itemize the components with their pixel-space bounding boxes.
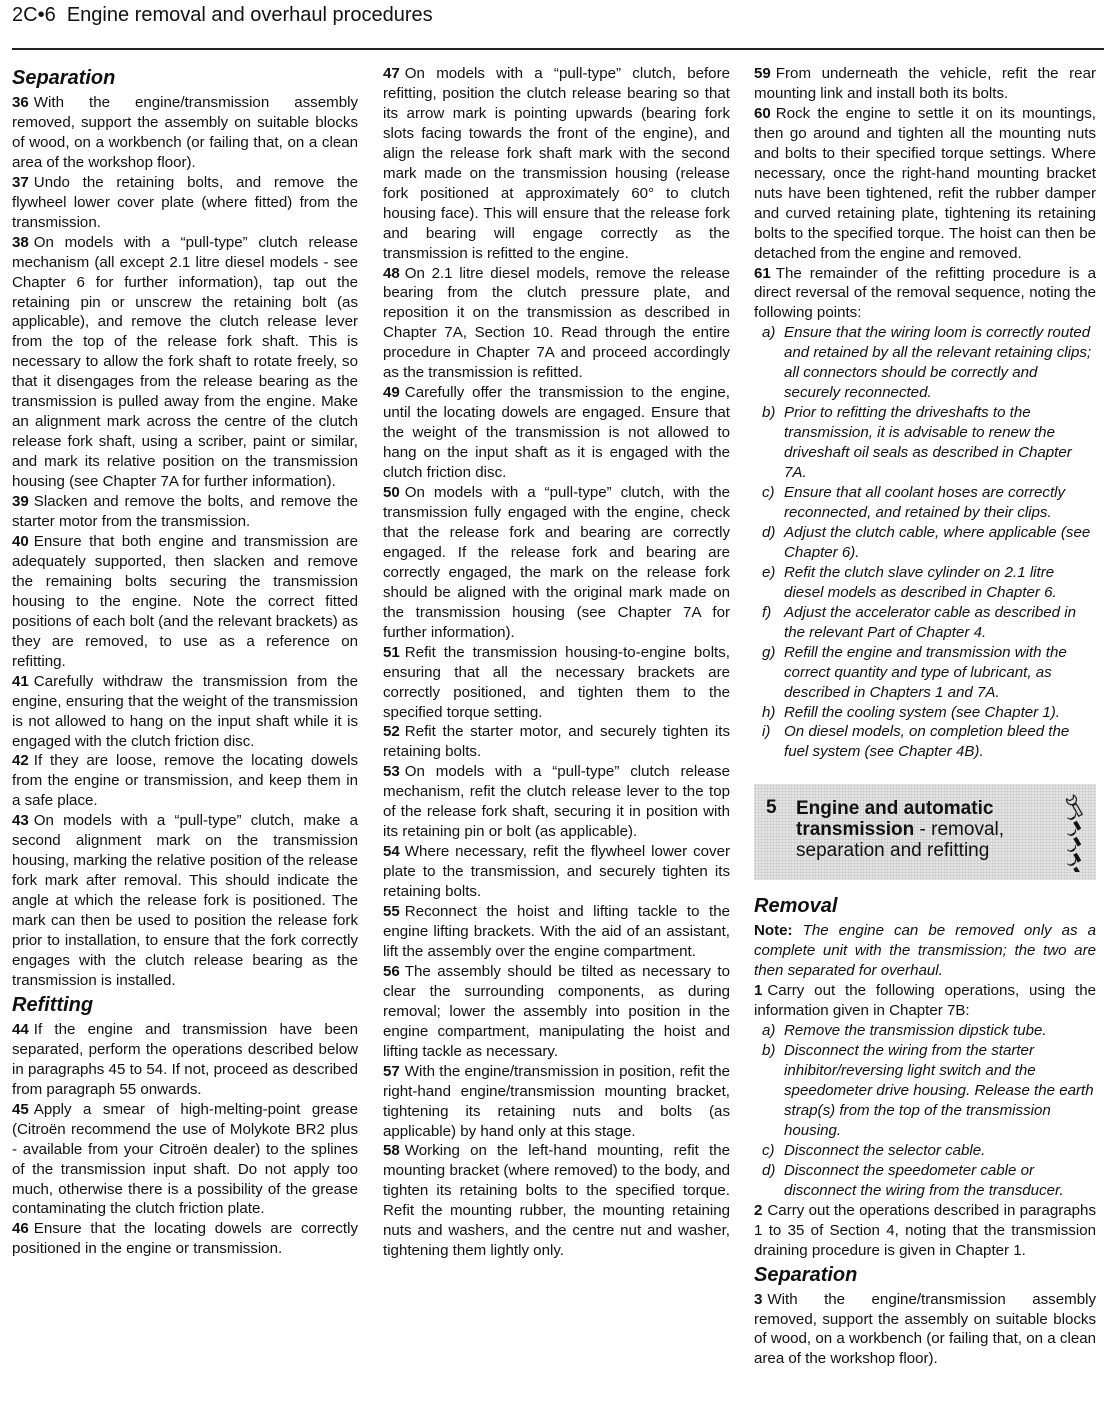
list-item: i)On diesel models, on completion bleed … (754, 722, 1096, 762)
wrench-difficulty-icon (1060, 792, 1088, 872)
paragraph-51: 51Refit the transmission housing-to-engi… (383, 643, 730, 723)
column-3: 59From underneath the vehicle, refit the… (754, 64, 1096, 1369)
section-title: Engine and automatic transmission - remo… (796, 798, 1056, 861)
note: Note: The engine can be removed only as … (754, 921, 1096, 981)
list-item: h)Refill the cooling system (see Chapter… (754, 703, 1096, 723)
paragraph-44: 44If the engine and transmission have be… (12, 1020, 358, 1100)
removal-operations-list: a)Remove the transmission dipstick tube.… (754, 1021, 1096, 1201)
paragraph-47: 47On models with a “pull-type” clutch, b… (383, 64, 730, 264)
list-item: b)Prior to refitting the driveshafts to … (754, 403, 1096, 483)
paragraph-54: 54Where necessary, refit the flywheel lo… (383, 842, 730, 902)
paragraph-49: 49Carefully offer the transmission to th… (383, 383, 730, 483)
paragraph-56: 56The assembly should be tilted as neces… (383, 962, 730, 1062)
list-item: e)Refit the clutch slave cylinder on 2.1… (754, 563, 1096, 603)
paragraph-37: 37Undo the retaining bolts, and remove t… (12, 173, 358, 233)
heading-separation: Separation (12, 66, 358, 90)
refitting-points-list: a)Ensure that the wiring loom is correct… (754, 323, 1096, 762)
heading-separation-2: Separation (754, 1263, 1096, 1287)
paragraph-48: 48On 2.1 litre diesel models, remove the… (383, 264, 730, 384)
page-title: Engine removal and overhaul procedures (67, 4, 433, 26)
page-reference: 2C•6 (12, 4, 56, 26)
paragraph-40: 40Ensure that both engine and transmissi… (12, 532, 358, 672)
paragraph-41: 41Carefully withdraw the transmission fr… (12, 672, 358, 752)
paragraph-2: 2Carry out the operations described in p… (754, 1201, 1096, 1261)
list-item: a)Remove the transmission dipstick tube. (754, 1021, 1096, 1041)
paragraph-45: 45Apply a smear of high-melting-point gr… (12, 1100, 358, 1220)
list-item: b)Disconnect the wiring from the starter… (754, 1041, 1096, 1141)
paragraph-58: 58Working on the left-hand mounting, ref… (383, 1141, 730, 1261)
paragraph-61: 61The remainder of the refitting procedu… (754, 264, 1096, 324)
paragraph-3: 3With the engine/transmission assembly r… (754, 1290, 1096, 1370)
list-item: c)Disconnect the selector cable. (754, 1141, 1096, 1161)
paragraph-36: 36With the engine/transmission assembly … (12, 93, 358, 173)
list-item: a)Ensure that the wiring loom is correct… (754, 323, 1096, 403)
paragraph-55: 55Reconnect the hoist and lifting tackle… (383, 902, 730, 962)
column-1: Separation 36With the engine/transmissio… (12, 64, 358, 1259)
paragraph-50: 50On models with a “pull-type” clutch, w… (383, 483, 730, 643)
paragraph-39: 39Slacken and remove the bolts, and remo… (12, 492, 358, 532)
column-2: 47On models with a “pull-type” clutch, b… (383, 64, 730, 1261)
heading-removal: Removal (754, 894, 1096, 918)
page-header: 2C•6 Engine removal and overhaul procedu… (12, 4, 433, 27)
paragraph-1: 1Carry out the following operations, usi… (754, 981, 1096, 1021)
paragraph-57: 57With the engine/transmission in positi… (383, 1062, 730, 1142)
section-5-header: 5 Engine and automatic transmission - re… (754, 784, 1096, 880)
list-item: g)Refill the engine and transmission wit… (754, 643, 1096, 703)
section-number: 5 (766, 798, 777, 818)
header-divider (12, 48, 1104, 50)
paragraph-46: 46Ensure that the locating dowels are co… (12, 1219, 358, 1259)
paragraph-53: 53On models with a “pull-type” clutch re… (383, 762, 730, 842)
paragraph-60: 60Rock the engine to settle it on its mo… (754, 104, 1096, 264)
list-item: f)Adjust the accelerator cable as descri… (754, 603, 1096, 643)
list-item: d)Disconnect the speedometer cable or di… (754, 1161, 1096, 1201)
heading-refitting: Refitting (12, 993, 358, 1017)
paragraph-59: 59From underneath the vehicle, refit the… (754, 64, 1096, 104)
list-item: c)Ensure that all coolant hoses are corr… (754, 483, 1096, 523)
list-item: d)Adjust the clutch cable, where applica… (754, 523, 1096, 563)
paragraph-43: 43On models with a “pull-type” clutch, m… (12, 811, 358, 991)
paragraph-52: 52Refit the starter motor, and securely … (383, 722, 730, 762)
paragraph-42: 42If they are loose, remove the locating… (12, 751, 358, 811)
paragraph-38: 38On models with a “pull-type” clutch re… (12, 233, 358, 492)
